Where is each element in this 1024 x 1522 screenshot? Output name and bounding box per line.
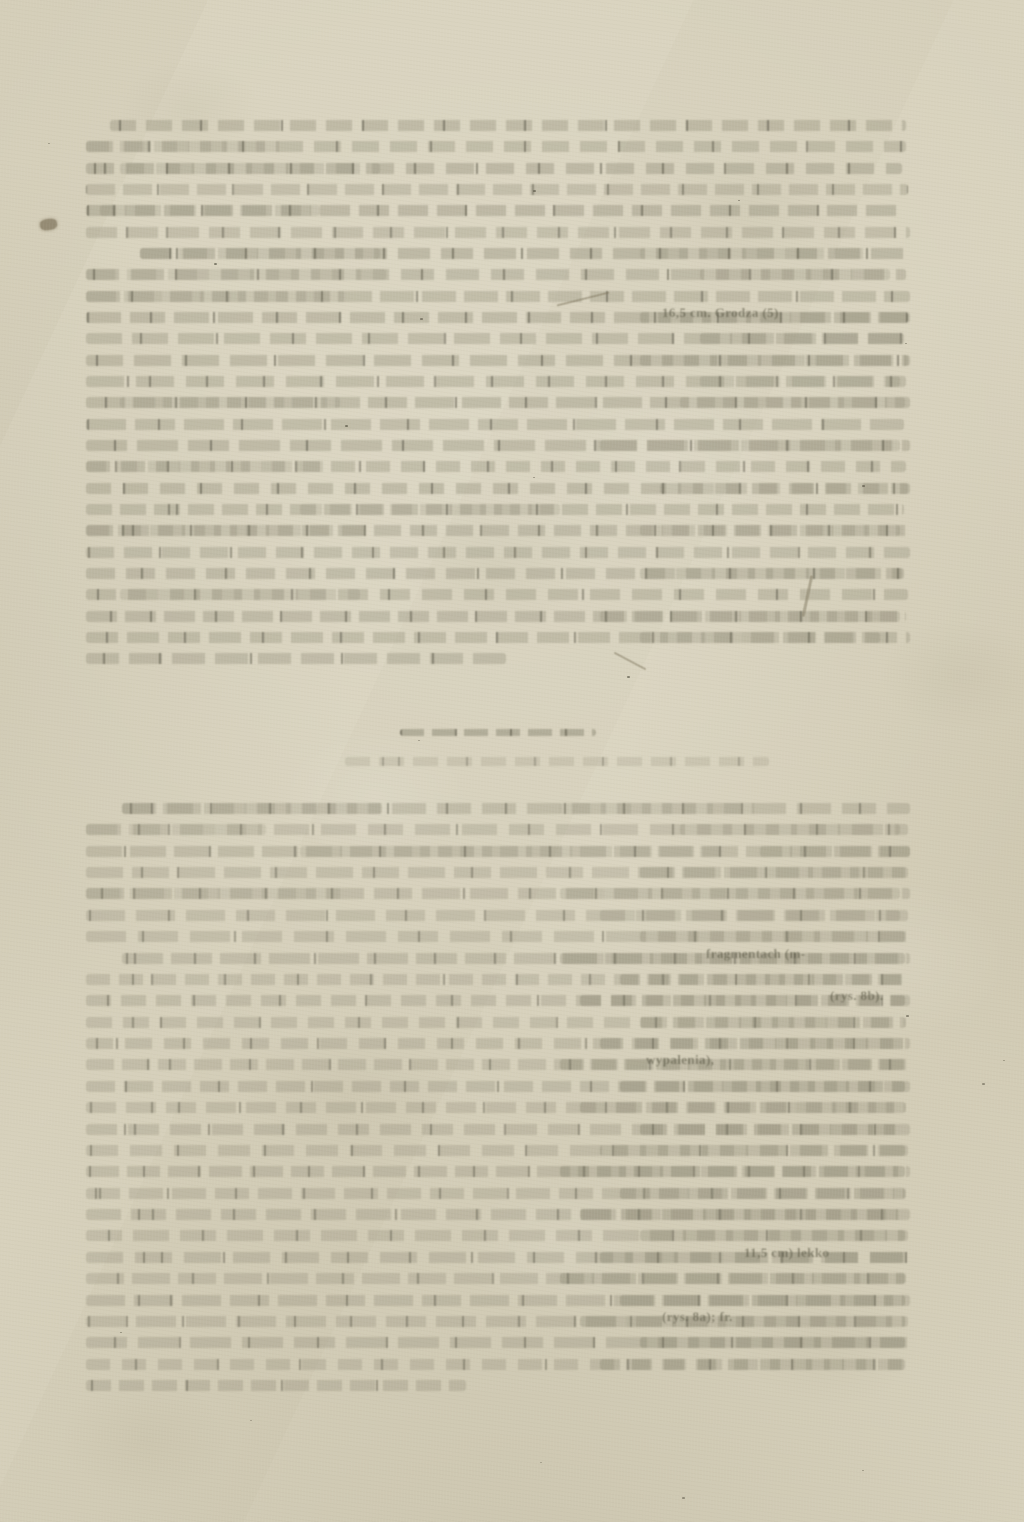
- darker-text-segment: [640, 1230, 905, 1241]
- darker-text-segment: [120, 397, 340, 408]
- faded-text-line: [122, 953, 910, 964]
- faded-text-line: [86, 1295, 910, 1306]
- darker-text-segment: [640, 931, 905, 942]
- faded-text-line: [86, 1252, 910, 1263]
- darker-text-segment: [640, 568, 902, 579]
- faded-text-line: [86, 1145, 908, 1156]
- faded-text-line: [86, 1124, 910, 1135]
- darker-text-segment: [600, 1145, 905, 1156]
- paper-discoloration: [740, 1280, 920, 1406]
- faded-text-line: [86, 525, 908, 536]
- faded-text-line: [86, 376, 906, 387]
- ink-speck: [862, 1470, 864, 1471]
- faded-text-line: [86, 974, 908, 985]
- darker-text-segment: [86, 824, 266, 835]
- darker-text-segment: [640, 1337, 905, 1348]
- ink-speck: [214, 263, 217, 265]
- ink-speck: [420, 318, 423, 320]
- faded-text-line: [86, 227, 910, 238]
- darker-text-segment: [640, 1017, 905, 1028]
- faded-text-line: [86, 205, 904, 216]
- ink-speck: [533, 477, 535, 478]
- barely-legible-text-fragment: 11,5 cm) lekko: [744, 1245, 829, 1261]
- darker-text-segment: [600, 440, 900, 451]
- paper-stain-layer: [0, 0, 1024, 1522]
- faded-text-line: [86, 440, 910, 451]
- paper-fiber: [614, 652, 647, 671]
- faded-text-layer: [0, 0, 1024, 1522]
- paper-discoloration: [880, 620, 1024, 732]
- ink-speck: [250, 1420, 252, 1421]
- faded-text-line: [86, 1166, 910, 1177]
- faded-text-line: [86, 1337, 910, 1348]
- faded-heading-line: [400, 729, 596, 736]
- faded-text-line: [86, 1102, 906, 1113]
- darker-text-segment: [560, 803, 760, 814]
- darker-text-segment: [86, 141, 286, 152]
- ink-speck: [533, 190, 536, 192]
- darker-text-segment: [86, 525, 366, 536]
- faded-text-line: [86, 504, 904, 515]
- darker-text-segment: [86, 291, 346, 302]
- faded-text-line: [110, 120, 906, 131]
- darker-text-segment: [760, 846, 910, 857]
- faded-text-line: [86, 1059, 908, 1070]
- darker-text-segment: [580, 1316, 905, 1327]
- darker-text-segment: [300, 504, 560, 515]
- scanned-document-page: 16,5 cm. Grodza (5)fragmentach (m-(rys. …: [0, 0, 1024, 1522]
- darker-text-segment: [640, 1124, 905, 1135]
- darker-text-segment: [640, 525, 900, 536]
- ink-speck: [418, 740, 420, 741]
- paper-discoloration: [660, 150, 830, 269]
- faded-text-line: [86, 163, 902, 174]
- darker-text-segment: [600, 611, 900, 622]
- faded-text-line: [86, 397, 910, 408]
- darker-text-segment: [700, 269, 890, 280]
- darker-text-segment: [86, 269, 386, 280]
- legible-fragment-layer: 16,5 cm. Grodza (5)fragmentach (m-(rys. …: [0, 0, 1024, 1522]
- faded-text-line: [86, 141, 906, 152]
- darker-text-segment: [580, 995, 905, 1006]
- faded-text-line: [86, 547, 910, 558]
- faded-text-line: [86, 269, 906, 280]
- darker-text-segment: [660, 483, 908, 494]
- darker-text-segment: [600, 910, 900, 921]
- faded-text-line: [86, 333, 904, 344]
- darker-text-segment: [680, 397, 905, 408]
- faded-text-line: [86, 312, 908, 323]
- darker-text-segment: [640, 632, 880, 643]
- faded-text-line: [86, 632, 910, 643]
- faded-text-line: [86, 568, 904, 579]
- faded-text-line: [86, 1081, 910, 1092]
- darker-text-segment: [120, 163, 380, 174]
- darker-text-segment: [300, 846, 720, 857]
- darker-text-segment: [560, 888, 900, 899]
- ink-speck: [906, 1015, 909, 1017]
- ink-speck: [48, 143, 50, 144]
- faded-text-line: [86, 1209, 910, 1220]
- ink-smudge-mark: [39, 218, 57, 231]
- paper-discoloration: [120, 60, 260, 158]
- darker-text-segment: [560, 1059, 905, 1070]
- faded-text-line: [86, 888, 910, 899]
- darker-text-segment: [560, 953, 905, 964]
- darker-text-segment: [140, 248, 380, 259]
- faded-text-line: [86, 1380, 466, 1391]
- paper-bright-spot: [280, 730, 470, 863]
- paper-bright-spot: [460, 1180, 660, 1320]
- darker-text-segment: [600, 1359, 905, 1370]
- darker-text-segment: [600, 1252, 905, 1263]
- darker-text-segment: [620, 974, 905, 985]
- darker-text-segment: [640, 312, 910, 323]
- faded-text-line: [86, 846, 910, 857]
- paper-discoloration: [240, 1020, 450, 1167]
- ink-speck: [905, 343, 907, 344]
- ink-speck: [982, 1083, 985, 1085]
- darker-text-segment: [120, 589, 360, 600]
- darker-text-segment: [86, 888, 346, 899]
- faded-text-line: [86, 995, 910, 1006]
- darker-text-segment: [640, 867, 908, 878]
- faded-text-line: [86, 461, 906, 472]
- faded-text-line: [86, 1038, 910, 1049]
- faded-text-line: [86, 611, 906, 622]
- faded-text-line: [86, 291, 910, 302]
- darker-text-segment: [122, 803, 382, 814]
- darker-text-segment: [600, 1038, 905, 1049]
- darker-text-segment: [86, 461, 326, 472]
- paper-discoloration: [60, 1380, 230, 1499]
- faded-text-line: [86, 931, 910, 942]
- barely-legible-text-fragment: (rys. 8a); fr.: [662, 1309, 733, 1325]
- faded-text-line: [86, 910, 908, 921]
- faded-text-line: [86, 589, 908, 600]
- paper-fiber: [802, 575, 814, 617]
- barely-legible-text-fragment: (rys. 8b).: [830, 988, 883, 1004]
- darker-text-segment: [620, 1295, 905, 1306]
- ink-speck: [540, 1462, 542, 1463]
- barely-legible-text-fragment: fragmentach (m-: [706, 946, 806, 962]
- darker-text-segment: [580, 1102, 905, 1113]
- ink-speck: [862, 485, 865, 487]
- faded-text-line: [86, 1230, 908, 1241]
- ink-speck: [738, 200, 740, 201]
- ink-speck: [345, 425, 348, 427]
- darker-text-segment: [680, 824, 900, 835]
- paper-fiber: [557, 291, 610, 306]
- faded-text-line: [86, 824, 908, 835]
- faded-text-line: [86, 1188, 906, 1199]
- darker-text-segment: [700, 376, 900, 387]
- darker-text-segment: [100, 205, 320, 216]
- paper-bright-spot: [560, 380, 780, 534]
- faded-text-line: [86, 653, 506, 664]
- marks-layer: [0, 0, 1024, 1522]
- paper-discoloration: [400, 500, 590, 633]
- faded-heading-line: [345, 757, 769, 766]
- faded-text-line: [86, 355, 910, 366]
- darker-text-segment: [620, 1081, 905, 1092]
- faded-text-line: [86, 1359, 906, 1370]
- barely-legible-text-fragment: wypalenia),: [646, 1052, 714, 1068]
- darker-text-segment: [640, 355, 908, 366]
- darker-text-segment: [640, 248, 870, 259]
- faded-text-line: [140, 248, 906, 259]
- ink-speck: [627, 676, 630, 678]
- darker-text-segment: [700, 333, 908, 344]
- darker-text-segment: [560, 1273, 905, 1284]
- paper-bright-spot: [780, 880, 1010, 1041]
- faded-text-line: [86, 1017, 906, 1028]
- faded-text-line: [122, 803, 910, 814]
- faded-text-line: [86, 867, 906, 878]
- faded-text-line: [86, 1316, 908, 1327]
- ink-speck: [682, 1497, 685, 1499]
- faded-text-line: [86, 419, 904, 430]
- ink-speck: [1003, 1060, 1005, 1061]
- darker-text-segment: [620, 1188, 905, 1199]
- faded-text-line: [86, 184, 908, 195]
- barely-legible-text-fragment: 16,5 cm. Grodza (5): [662, 305, 779, 321]
- darker-text-segment: [580, 1209, 905, 1220]
- faded-text-line: [86, 1273, 906, 1284]
- faded-text-line: [86, 483, 910, 494]
- ink-speck: [120, 1332, 122, 1333]
- darker-text-segment: [560, 1166, 905, 1177]
